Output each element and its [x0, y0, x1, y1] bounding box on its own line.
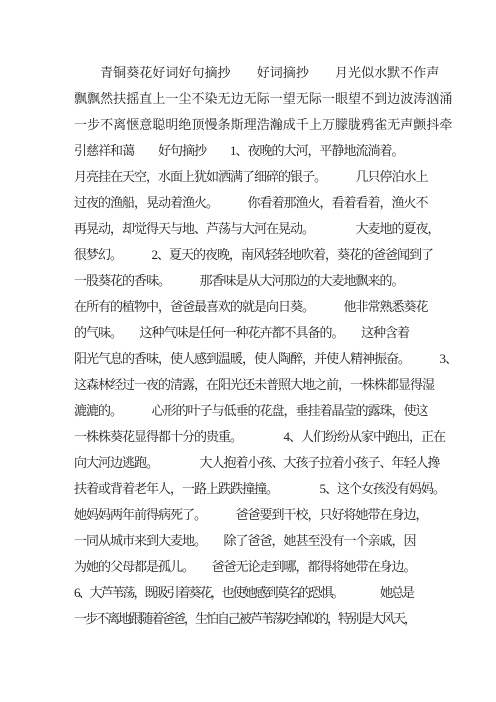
text-line: 再晃动，却觉得天与地、芦荡与大河在晃动。 大麦地的夏夜， — [74, 216, 452, 242]
text-line: 一株株葵花显得都十分的贵重。 4、人们纷纷从家中跑出，正在 — [74, 424, 452, 450]
document-title-line: 青铜葵花好词好句摘抄 好词摘抄 月光似水默不作声 — [74, 60, 452, 86]
text-line: 过夜的渔船，晃动着渔火。 你看着那渔火，看着看着，渔火不 — [74, 190, 452, 216]
text-line: 她妈妈两年前得病死了。 爸爸要到干校，只好将她带在身边， — [74, 502, 452, 528]
text-line: 一步不离地跟随着爸爸，生怕自己被芦苇荡吃掉似的，特别是大风天， — [74, 606, 452, 632]
document-page: 青铜葵花好词好句摘抄 好词摘抄 月光似水默不作声 飘飘然扶摇直上一尘不染无边无际… — [0, 0, 496, 702]
text-line: 一股葵花的香味。 那香味是从大河那边的大麦地飘来的。 — [74, 268, 452, 294]
text-line: 扶着或背着老年人，一路上跌跌撞撞。 5、这个女孩没有妈妈。 — [74, 476, 452, 502]
text-line: 向大河边逃跑。 大人抱着小孩、大孩子拉着小孩子、年轻人搀 — [74, 450, 452, 476]
text-line: 6、大芦苇荡，既吸引着葵花，也使她感到莫名的恐惧。 她总是 — [74, 580, 452, 606]
text-line: 飘飘然扶摇直上一尘不染无边无际一望无际一眼望不到边波涛汹涌 — [74, 86, 452, 112]
text-line: 为她的父母都是孤儿。 爸爸无论走到哪，都得将她带在身边。 — [74, 554, 452, 580]
text-line: 在所有的植物中，爸爸最喜欢的就是向日葵。 他非常熟悉葵花 — [74, 294, 452, 320]
text-line: 这森林经过一夜的清露，在阳光还未普照大地之前，一株株都显得湿 — [74, 372, 452, 398]
text-line: 一同从城市来到大麦地。 除了爸爸，她甚至没有一个亲戚，因 — [74, 528, 452, 554]
text-line: 月亮挂在天空，水面上犹如洒满了细碎的银子。 几只停泊水上 — [74, 164, 452, 190]
text-line: 阳光气息的香味，使人感到温暖，使人陶醉，并使人精神振奋。 3、 — [74, 346, 452, 372]
text-line: 很梦幻。 2、夏天的夜晚，南风轻轻地吹着，葵花的爸爸闻到了 — [74, 242, 452, 268]
text-line: 的气味。 这种气味是任何一种花卉都不具备的。 这种含着 — [74, 320, 452, 346]
text-line: 引慈祥和蔼 好句摘抄 1、夜晚的大河，平静地流淌着。 — [74, 138, 452, 164]
text-line: 漉漉的。 心形的叶子与低垂的花盘，垂挂着晶莹的露珠，使这 — [74, 398, 452, 424]
document-text-block: 青铜葵花好词好句摘抄 好词摘抄 月光似水默不作声 飘飘然扶摇直上一尘不染无边无际… — [74, 60, 452, 632]
text-line: 一步不离惬意聪明绝顶慢条斯理浩瀚成千上万朦胧鸦雀无声颤抖牵 — [74, 112, 452, 138]
